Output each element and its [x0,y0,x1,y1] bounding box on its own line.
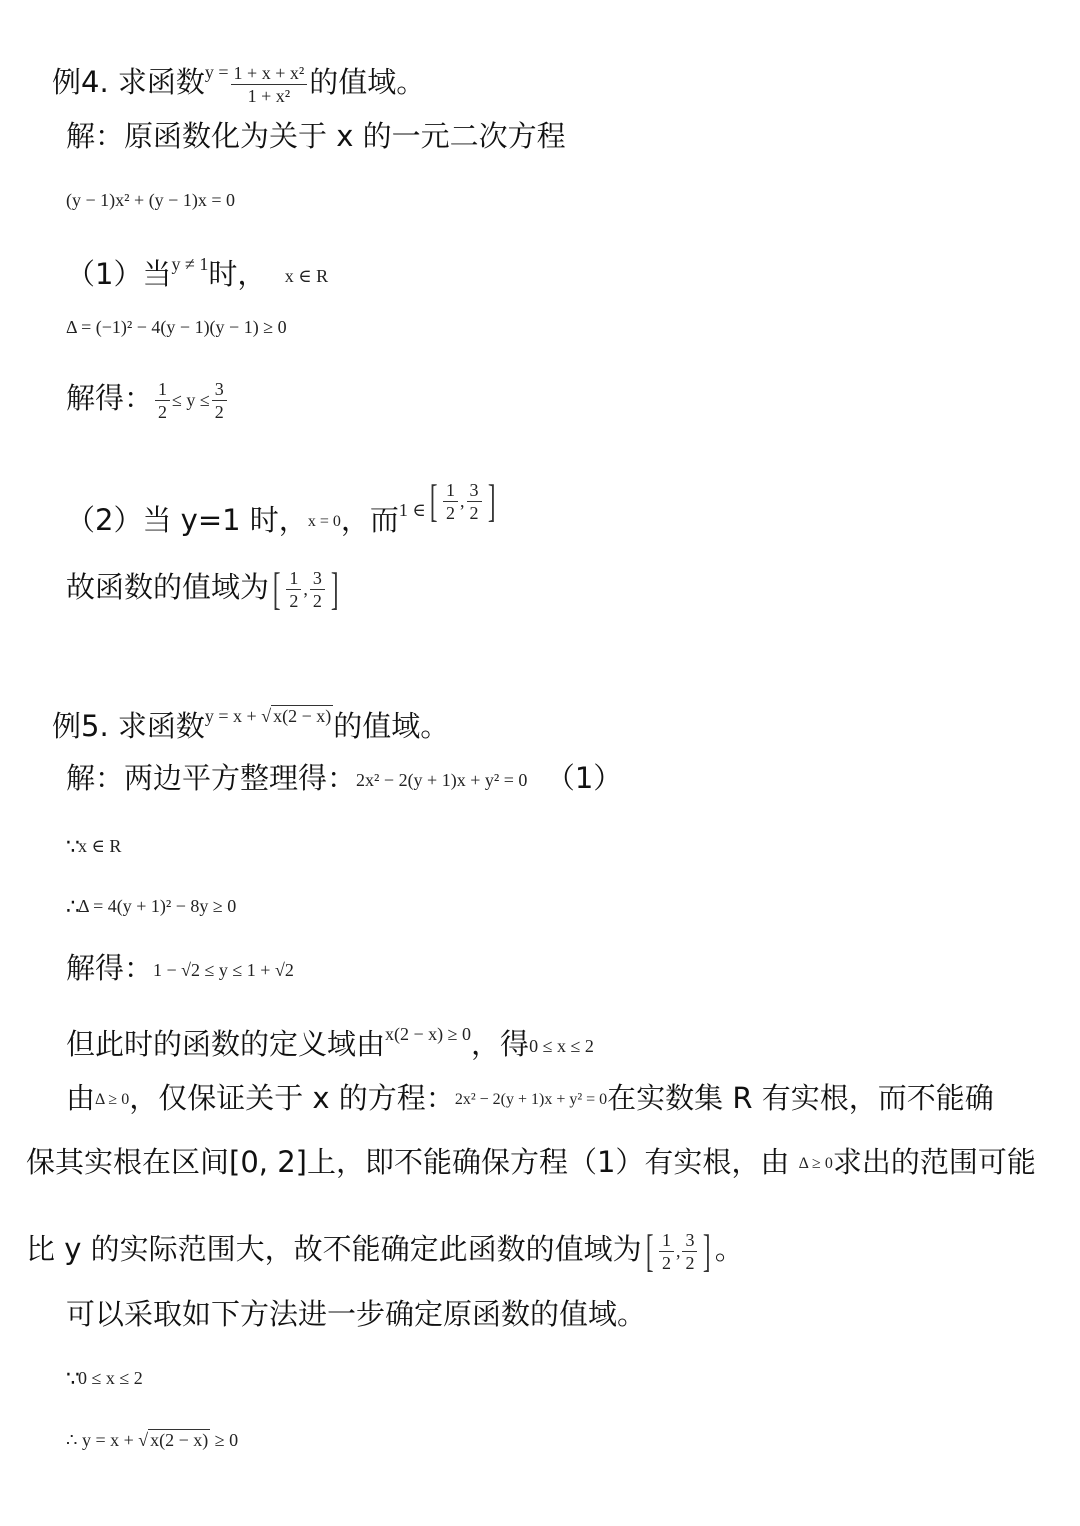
example4-case2: （2）当 y=1 时，x = 0，而1 ∈[12,32] [66,478,499,542]
example5-discriminant: ∴Δ = 4(y + 1)² − 8y ≥ 0 [66,884,236,928]
formula-lhs: y = [205,52,229,92]
function-fraction: 1 + x + x²1 + x² [231,64,308,105]
example4-conclusion: 故函数的值域为[12,32] [66,566,342,612]
example4-title: 例4. 求函数y =1 + x + x²1 + x²的值域。 [52,52,425,105]
example5-para-line1: 由Δ ≥ 0，仅保证关于 x 的方程：2x² − 2(y + 1)x + y² … [66,1078,994,1120]
interval: [12,32] [426,478,499,524]
interval: [12,32] [642,1228,715,1274]
example5-domain: 但此时的函数的定义域由x(2 − x) ≥ 0，得0 ≤ x ≤ 2 [66,1014,594,1066]
interval: [12,32] [269,566,342,612]
example5-final: ∴ y = x + √x(2 − x) ≥ 0 [66,1418,238,1460]
example5-title: 例5. 求函数y = x + √x(2 − x)的值域。 [52,696,449,746]
example5-solve: 解得：1 − √2 ≤ y ≤ 1 + √2 [66,948,294,990]
example5-because-1: ∵x ∈ R [66,824,121,868]
example4-solution-intro: 解：原函数化为关于 x 的一元二次方程 [66,116,566,156]
example4-discriminant: Δ = (−1)² − 4(y − 1)(y − 1) ≥ 0 [66,305,287,347]
example5-para-line2: 保其实根在区间[0, 2]上，即不能确保方程（1）有实根，由 Δ ≥ 0求出的范… [26,1142,1036,1184]
example5-solution-intro: 解：两边平方整理得：2x² − 2(y + 1)x + y² = 0 （1） [66,758,622,800]
example5-para-line3: 比 y 的实际范围大，故不能确定此函数的值域为[12,32]。 [26,1228,744,1274]
example5-because-2: ∵0 ≤ x ≤ 2 [66,1356,143,1400]
example4-case1: （1）当y ≠ 1时， x ∈ R [66,244,328,296]
example5-method: 可以采取如下方法进一步确定原函数的值域。 [66,1294,646,1334]
example4-solve: 解得：12≤ y ≤32 [66,378,229,421]
example4-equation: (y − 1)x² + (y − 1)x = 0 [66,178,235,220]
